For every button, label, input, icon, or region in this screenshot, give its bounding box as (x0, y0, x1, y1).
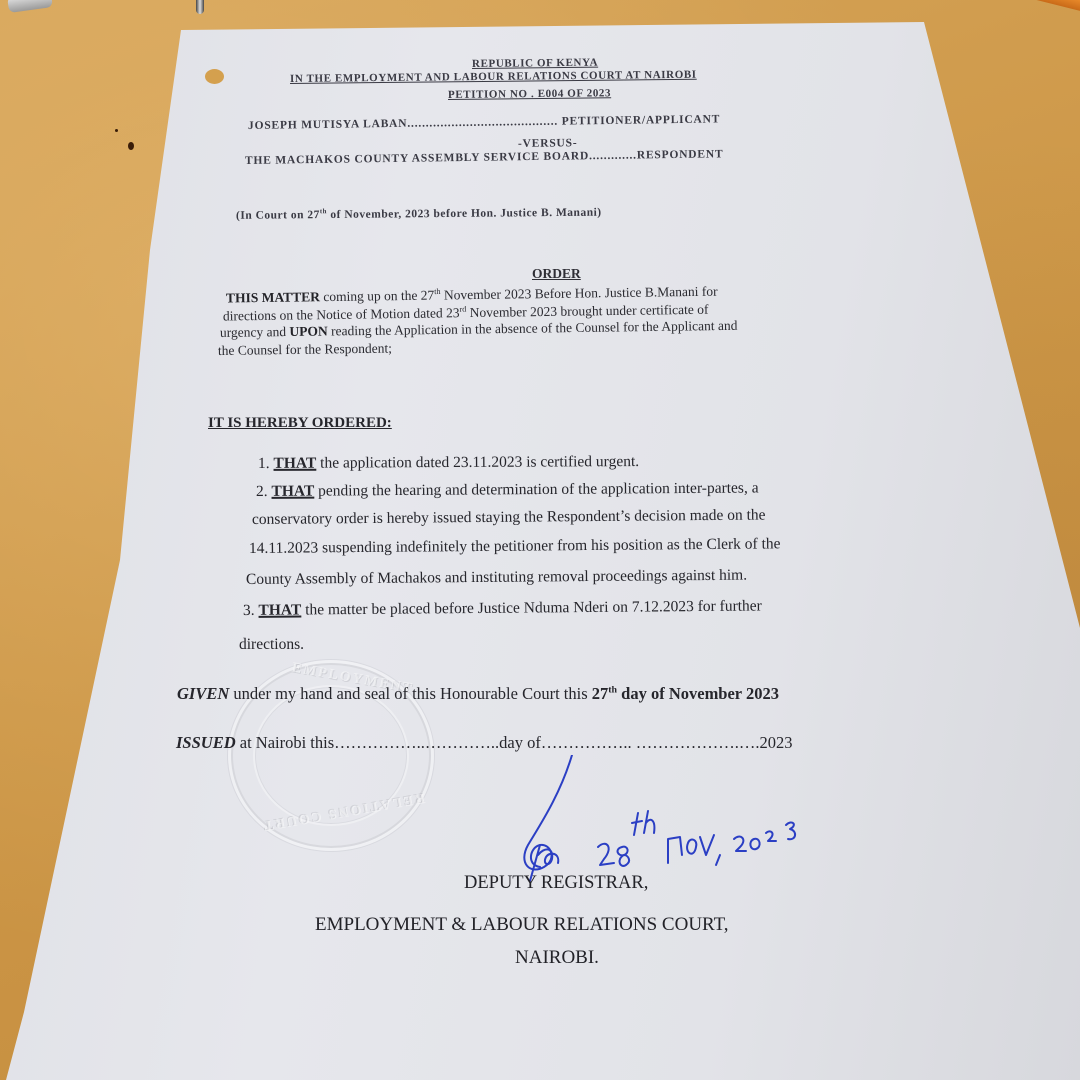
leader-dots: ............. (589, 150, 637, 163)
ordered-heading: IT IS HEREBY ORDERED: (208, 415, 392, 432)
preamble-line-4: the Counsel for the Respondent; (218, 341, 392, 359)
punch-hole (205, 69, 224, 84)
given-line: GIVEN under my hand and seal of this Hon… (177, 684, 779, 704)
issued-line: ISSUED at Nairobi this……………..…………..day o… (176, 733, 792, 753)
desk-crumb (128, 142, 134, 150)
pen-tip (196, 0, 204, 14)
order-item-1: 1. THAT the application dated 23.11.2023… (258, 453, 639, 473)
metal-clip (7, 0, 53, 13)
signatory-city: NAIROBI. (515, 947, 599, 969)
order-item-2: 2. THAT pending the hearing and determin… (256, 479, 759, 501)
desk-crumb (115, 129, 118, 132)
signatory-title: DEPUTY REGISTRAR, (464, 873, 648, 894)
respondent-role: RESPONDENT (637, 148, 724, 161)
header-petition-number: PETITION NO . E004 OF 2023 (448, 87, 611, 101)
header-republic: REPUBLIC OF KENYA (472, 57, 598, 70)
pencil (891, 0, 1080, 19)
leader-dots: ........................................… (407, 116, 558, 130)
petitioner-role: PETITIONER/APPLICANT (562, 113, 721, 127)
petitioner-name: JOSEPH MUTISYA LABAN (248, 118, 408, 132)
handwritten-signature (500, 755, 820, 885)
signatory-court: EMPLOYMENT & LABOUR RELATIONS COURT, (315, 914, 729, 936)
versus-label: -VERSUS- (518, 137, 578, 150)
order-title: ORDER (532, 266, 581, 282)
order-item-3-line-2: directions. (239, 636, 304, 654)
